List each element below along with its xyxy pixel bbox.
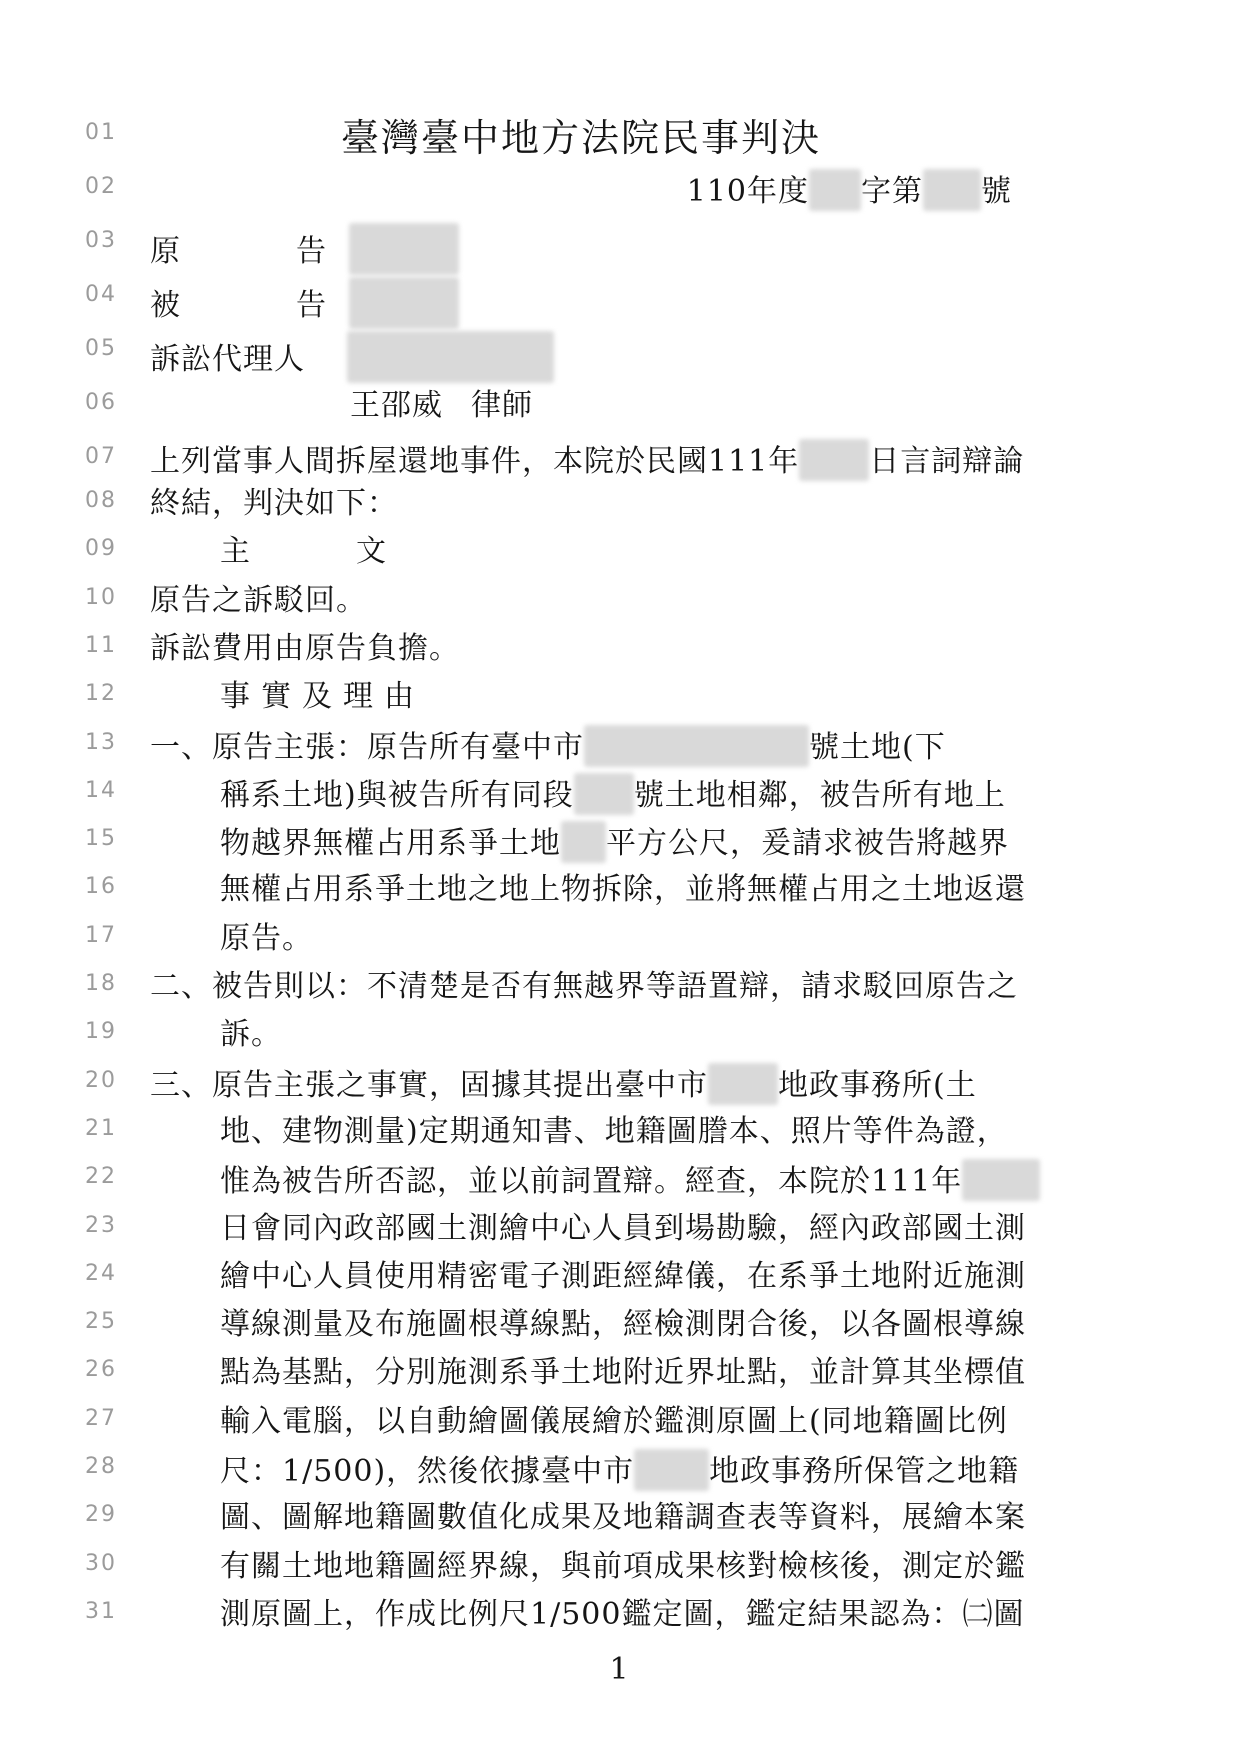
line-number: 20	[85, 1068, 117, 1093]
line-28: 28尺：1/500)，然後依據臺中市地政事務所保管之地籍	[0, 1449, 1238, 1497]
line-number: 01	[85, 120, 117, 145]
line-content: 上列當事人間拆屋還地事件，本院於民國111年日言詞辯論	[150, 439, 1022, 483]
line-15: 15物越界無權占用系爭土地平方公尺，爰請求被告將越界	[0, 821, 1238, 869]
text-run: 繪中心人員使用精密電子測距經緯儀，在系爭土地附近施測	[220, 1259, 1026, 1294]
text-run: 日會同內政部國土測繪中心人員到場勘驗，經內政部國土測	[220, 1211, 1026, 1246]
line-number: 16	[85, 874, 117, 899]
text-run: 原告。	[220, 921, 313, 956]
line-content: 三、原告主張之事實，固據其提出臺中市地政事務所(土	[150, 1063, 1022, 1107]
line-content: 無權占用系爭土地之地上物拆除，並將無權占用之土地返還	[220, 869, 1022, 911]
line-number: 08	[85, 488, 117, 513]
line-03: 03原告	[0, 223, 1238, 271]
redaction-blur	[809, 169, 861, 211]
spacer	[443, 414, 471, 415]
redaction-blur	[962, 1159, 1040, 1201]
text-run: 尺：1/500)，然後依據臺中市	[220, 1454, 634, 1489]
line-25: 25導線測量及布施圖根導線點，經檢測閉合後，以各圖根導線	[0, 1304, 1238, 1352]
line-number: 06	[85, 390, 117, 415]
line-content: 物越界無權占用系爭土地平方公尺，爰請求被告將越界	[220, 821, 1022, 865]
line-number: 04	[85, 282, 117, 307]
line-number: 03	[85, 228, 117, 253]
redaction-blur	[634, 1449, 709, 1491]
line-content: 導線測量及布施圖根導線點，經檢測閉合後，以各圖根導線	[220, 1304, 1022, 1346]
text-run: 上列當事人間拆屋還地事件，本院於民國111年	[150, 444, 799, 479]
line-number: 17	[85, 923, 117, 948]
text-run: 告	[296, 288, 327, 323]
line-number: 11	[85, 633, 117, 658]
text-run: 平方公尺，爰請求被告將越界	[606, 826, 1009, 861]
text-run: 文	[356, 534, 397, 569]
text-run: 事實及理由	[220, 679, 425, 714]
text-run: 主	[220, 534, 261, 569]
text-run: 二、被告則以：不清楚是否有無越界等語置辯，請求駁回原告之	[150, 969, 1018, 1004]
line-content: 尺：1/500)，然後依據臺中市地政事務所保管之地籍	[220, 1449, 1022, 1493]
spacer	[305, 368, 347, 369]
redaction-blur	[923, 169, 981, 211]
text-run: 終結，判決如下：	[150, 486, 398, 521]
line-number: 07	[85, 444, 117, 469]
line-content: 原告。	[220, 918, 1022, 960]
redaction-blur	[584, 725, 809, 767]
text-run: 原	[150, 234, 181, 269]
line-number: 21	[85, 1116, 117, 1141]
line-content: 點為基點，分別施測系爭土地附近界址點，並計算其坐標值	[220, 1352, 1022, 1394]
text-run: 輸入電腦，以自動繪圖儀展繪於鑑測原圖上(同地籍圖比例	[220, 1404, 1008, 1439]
line-content: 終結，判決如下：	[150, 483, 1022, 525]
text-run: 被	[150, 288, 181, 323]
line-number: 02	[85, 174, 117, 199]
line-06: 06王邵威律師	[0, 385, 1238, 433]
line-content: 惟為被告所否認，並以前詞置辯。經查，本院於111年	[220, 1159, 1022, 1203]
text-run: 律師	[471, 388, 533, 423]
text-run: 訴訟費用由原告負擔。	[150, 631, 460, 666]
line-number: 05	[85, 336, 117, 361]
text-run: 告	[296, 234, 327, 269]
text-run: 地政事務所(土	[778, 1068, 977, 1103]
spacer	[327, 314, 349, 315]
line-number: 15	[85, 826, 117, 851]
line-content: 繪中心人員使用精密電子測距經緯儀，在系爭土地附近施測	[220, 1256, 1022, 1298]
line-content: 圖、圖解地籍圖數值化成果及地籍調查表等資料，展繪本案	[220, 1497, 1022, 1539]
redaction-blur	[799, 439, 869, 481]
line-number: 28	[85, 1454, 117, 1479]
line-18: 18二、被告則以：不清楚是否有無越界等語置辯，請求駁回原告之	[0, 966, 1238, 1014]
text-run: 測原圖上，作成比例尺1/500鑑定圖，鑑定結果認為：㈡圖	[220, 1597, 1024, 1632]
line-27: 27輸入電腦，以自動繪圖儀展繪於鑑測原圖上(同地籍圖比例	[0, 1401, 1238, 1449]
line-content: 事實及理由	[220, 676, 1022, 718]
line-number: 26	[85, 1357, 117, 1382]
redaction-blur	[349, 223, 459, 275]
text-run: 原告之訴駁回。	[150, 583, 367, 618]
text-run: 物越界無權占用系爭土地	[220, 826, 561, 861]
line-number: 13	[85, 730, 117, 755]
line-content: 王邵威律師	[150, 385, 1022, 427]
line-content: 110年度字第號	[150, 169, 1012, 213]
line-number: 09	[85, 536, 117, 561]
line-number: 24	[85, 1261, 117, 1286]
line-number: 30	[85, 1551, 117, 1576]
line-content: 原告	[150, 223, 1022, 275]
spacer	[181, 314, 296, 315]
spacer	[150, 414, 350, 415]
text-run: 點為基點，分別施測系爭土地附近界址點，並計算其坐標值	[220, 1355, 1026, 1390]
text-run: 地政事務所保管之地籍	[709, 1454, 1019, 1489]
line-08: 08終結，判決如下：	[0, 483, 1238, 531]
text-run: 日言詞辯論	[869, 444, 1024, 479]
line-content: 稱系土地)與被告所有同段號土地相鄰，被告所有地上	[220, 773, 1022, 817]
text-run: 惟為被告所否認，並以前詞置辯。經查，本院於111年	[220, 1164, 962, 1199]
line-16: 16無權占用系爭土地之地上物拆除，並將無權占用之土地返還	[0, 869, 1238, 917]
spacer	[181, 260, 296, 261]
line-02: 02110年度字第號	[0, 169, 1238, 217]
line-content: 被告	[150, 277, 1022, 329]
line-23: 23日會同內政部國土測繪中心人員到場勘驗，經內政部國土測	[0, 1208, 1238, 1256]
spacer	[327, 260, 349, 261]
line-content: 訴訟代理人	[150, 331, 1022, 383]
line-content: 有關土地地籍圖經界線，與前項成果核對檢核後，測定於鑑	[220, 1546, 1022, 1588]
line-21: 21地、建物測量)定期通知書、地籍圖謄本、照片等件為證，	[0, 1111, 1238, 1159]
text-run: 臺灣臺中地方法院民事判決	[341, 116, 821, 160]
judgment-page: 01臺灣臺中地方法院民事判決02110年度字第號03原告04被告05訴訟代理人0…	[0, 0, 1238, 1752]
text-run: 王邵威	[350, 388, 443, 423]
line-07: 07上列當事人間拆屋還地事件，本院於民國111年日言詞辯論	[0, 439, 1238, 487]
spacer	[261, 560, 356, 561]
line-content: 地、建物測量)定期通知書、地籍圖謄本、照片等件為證，	[220, 1111, 1022, 1153]
line-content: 輸入電腦，以自動繪圖儀展繪於鑑測原圖上(同地籍圖比例	[220, 1401, 1022, 1443]
text-run: 訴。	[220, 1017, 282, 1052]
text-run: 無權占用系爭土地之地上物拆除，並將無權占用之土地返還	[220, 872, 1026, 907]
line-19: 19訴。	[0, 1014, 1238, 1062]
line-09: 09主文	[0, 531, 1238, 579]
text-run: 字第	[861, 174, 923, 209]
line-31: 31測原圖上，作成比例尺1/500鑑定圖，鑑定結果認為：㈡圖	[0, 1594, 1238, 1642]
redaction-blur	[349, 277, 459, 329]
line-content: 測原圖上，作成比例尺1/500鑑定圖，鑑定結果認為：㈡圖	[220, 1594, 1022, 1636]
redaction-blur	[561, 821, 606, 863]
line-26: 26點為基點，分別施測系爭土地附近界址點，並計算其坐標值	[0, 1352, 1238, 1400]
line-10: 10原告之訴駁回。	[0, 580, 1238, 628]
line-05: 05訴訟代理人	[0, 331, 1238, 379]
line-13: 13一、原告主張：原告所有臺中市號土地(下	[0, 725, 1238, 773]
text-run: 導線測量及布施圖根導線點，經檢測閉合後，以各圖根導線	[220, 1307, 1026, 1342]
line-content: 訴。	[220, 1014, 1022, 1056]
line-number: 25	[85, 1309, 117, 1334]
line-number: 23	[85, 1213, 117, 1238]
line-11: 11訴訟費用由原告負擔。	[0, 628, 1238, 676]
line-22: 22惟為被告所否認，並以前詞置辯。經查，本院於111年	[0, 1159, 1238, 1207]
line-number: 31	[85, 1599, 117, 1624]
line-number: 14	[85, 778, 117, 803]
line-14: 14稱系土地)與被告所有同段號土地相鄰，被告所有地上	[0, 773, 1238, 821]
redaction-blur	[574, 773, 634, 815]
line-number: 22	[85, 1164, 117, 1189]
line-content: 訴訟費用由原告負擔。	[150, 628, 1022, 670]
text-run: 三、原告主張之事實，固據其提出臺中市	[150, 1068, 708, 1103]
text-run: 號	[981, 174, 1012, 209]
text-run: 地、建物測量)定期通知書、地籍圖謄本、照片等件為證，	[220, 1114, 1008, 1149]
line-number: 27	[85, 1406, 117, 1431]
line-content: 二、被告則以：不清楚是否有無越界等語置辯，請求駁回原告之	[150, 966, 1022, 1008]
line-17: 17原告。	[0, 918, 1238, 966]
text-run: 號土地(下	[809, 730, 946, 765]
line-content: 主文	[220, 531, 1022, 573]
text-run: 圖、圖解地籍圖數值化成果及地籍調查表等資料，展繪本案	[220, 1500, 1026, 1535]
line-20: 20三、原告主張之事實，固據其提出臺中市地政事務所(土	[0, 1063, 1238, 1111]
line-30: 30有關土地地籍圖經界線，與前項成果核對檢核後，測定於鑑	[0, 1546, 1238, 1594]
line-number: 12	[85, 681, 117, 706]
line-number: 19	[85, 1019, 117, 1044]
line-number: 18	[85, 971, 117, 996]
redaction-blur	[347, 331, 554, 383]
text-run: 訴訟代理人	[150, 342, 305, 377]
line-24: 24繪中心人員使用精密電子測距經緯儀，在系爭土地附近施測	[0, 1256, 1238, 1304]
line-01: 01臺灣臺中地方法院民事判決	[0, 115, 1238, 163]
line-12: 12事實及理由	[0, 676, 1238, 724]
line-content: 原告之訴駁回。	[150, 580, 1022, 622]
line-number: 10	[85, 585, 117, 610]
line-content: 日會同內政部國土測繪中心人員到場勘驗，經內政部國土測	[220, 1208, 1022, 1250]
text-run: 110年度	[687, 174, 809, 209]
line-content: 臺灣臺中地方法院民事判決	[150, 115, 1012, 161]
line-29: 29圖、圖解地籍圖數值化成果及地籍調查表等資料，展繪本案	[0, 1497, 1238, 1545]
text-run: 一、原告主張：原告所有臺中市	[150, 730, 584, 765]
line-content: 一、原告主張：原告所有臺中市號土地(下	[150, 725, 1022, 769]
text-run: 有關土地地籍圖經界線，與前項成果核對檢核後，測定於鑑	[220, 1549, 1026, 1584]
text-run: 號土地相鄰，被告所有地上	[634, 778, 1006, 813]
redaction-blur	[708, 1063, 778, 1105]
text-run: 稱系土地)與被告所有同段	[220, 778, 574, 813]
line-number: 29	[85, 1502, 117, 1527]
page-number: 1	[0, 1652, 1238, 1687]
line-04: 04被告	[0, 277, 1238, 325]
